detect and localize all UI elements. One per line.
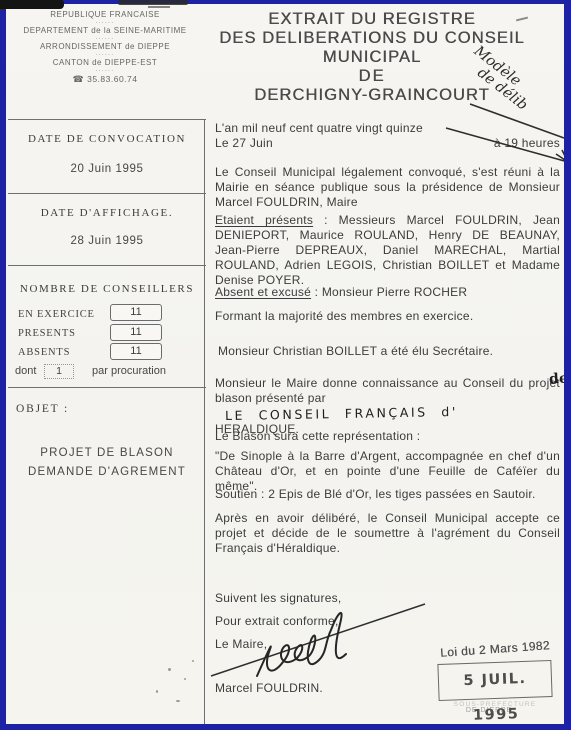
letterhead: REPUBLIQUE FRANCAISE ...... DEPARTEMENT … — [12, 10, 198, 85]
procuration-label: par procuration — [92, 365, 166, 377]
maire-line-2-wrap: blason présenté par LE CONSEIL FRANÇAIS … — [215, 391, 560, 422]
letterhead-separator: ...... — [12, 67, 198, 74]
stamp-date-box: 5 JUIL. 1995 — [437, 660, 552, 701]
letterhead-separator: ...... — [12, 51, 198, 58]
letterhead-separator: ...... — [12, 35, 198, 42]
scan-border-left — [0, 0, 6, 730]
paragraph-presents: Etaient présents : Messieurs Marcel FOUL… — [215, 213, 560, 288]
paragraph-secretaire: Monsieur Christian BOILLET a été élu Sec… — [218, 344, 563, 359]
objet-line-2: DEMANDE D'AGREMENT — [8, 466, 206, 478]
phone-icon: ☎ — [73, 75, 85, 85]
maire-line-2: blason présenté par — [215, 391, 326, 405]
phone-number: 35.83.60.74 — [87, 74, 137, 84]
objet-line-1: PROJET DE BLASON — [8, 447, 206, 459]
absent-label: Absent et excusé — [215, 285, 311, 299]
letterhead-separator: ...... — [12, 19, 198, 26]
en-exercice-count-box: 11 — [110, 304, 162, 321]
presents-label: Etaient présents — [215, 213, 313, 227]
convocation-label: DATE DE CONVOCATION — [8, 133, 206, 145]
paragraph-blason-intro: Le Blason sura cette représentation : — [215, 429, 560, 444]
presents-count-box: 11 — [110, 324, 162, 341]
sidebar-rule — [8, 119, 206, 120]
scan-noise — [156, 690, 158, 693]
sidebar-rule — [8, 265, 206, 266]
procuration-count-box: 1 — [44, 364, 74, 379]
absents-count-label: ABSENTS — [18, 347, 70, 358]
paragraph-deliberation: Après en avoir délibéré, le Conseil Muni… — [215, 511, 560, 556]
letterhead-canton: CANTON de DIEPPE-EST — [12, 58, 198, 67]
affichage-label: DATE D'AFFICHAGE. — [8, 207, 206, 219]
scan-noise — [148, 6, 170, 8]
handwritten-conseil-francais: LE CONSEIL FRANÇAIS d' — [225, 404, 458, 423]
sidebar-rule — [8, 387, 206, 388]
absent-text: : Monsieur Pierre ROCHER — [311, 285, 467, 299]
day-line: Le 27 Juin — [215, 136, 273, 151]
absents-count-box: 11 — [110, 343, 162, 360]
scan-border-top — [0, 0, 571, 4]
presents-count-label: PRESENTS — [18, 328, 76, 339]
convocation-date: 20 Juin 1995 — [8, 163, 206, 175]
dont-label: dont — [15, 365, 36, 377]
scan-noise — [118, 0, 188, 5]
letterhead-departement: DEPARTEMENT de la SEINE-MARITIME — [12, 26, 198, 35]
scanned-deliberation-document: REPUBLIQUE FRANCAISE ...... DEPARTEMENT … — [0, 0, 571, 730]
prefecture-stamp: Loi du 2 Mars 1982 5 JUIL. 1995 SOUS-PRE… — [424, 640, 566, 720]
paragraph-absent: Absent et excusé : Monsieur Pierre ROCHE… — [215, 285, 560, 300]
stamp-footer-de-dieppe: DE DIEPPE — [418, 707, 560, 714]
letterhead-republique: REPUBLIQUE FRANCAISE — [12, 10, 198, 19]
stamp-law-line: Loi du 2 Mars 1982 — [424, 637, 567, 661]
paragraph-soutien: Soutien : 2 Epis de Blé d'Or, les tiges … — [215, 487, 560, 502]
title-line-1: EXTRAIT DU REGISTRE — [186, 10, 558, 29]
sidebar-rule — [8, 193, 206, 194]
scan-noise — [0, 0, 64, 9]
paragraph-blason-projet: Monsieur le Maire donne connaissance au … — [215, 376, 560, 437]
letterhead-arrondissement: ARRONDISSEMENT de DIEPPE — [12, 42, 198, 51]
scan-noise — [192, 660, 194, 662]
maire-line-1: Monsieur le Maire donne connaissance au … — [215, 376, 560, 390]
maire-line-1-wrap: Monsieur le Maire donne connaissance au … — [215, 376, 560, 391]
scan-noise — [184, 678, 186, 680]
objet-label: OBJET : — [16, 403, 69, 415]
conseillers-label: NOMBRE DE CONSEILLERS — [8, 283, 206, 295]
stamp-date: 5 JUIL. 1995 — [438, 661, 551, 700]
paragraph-majorite: Formant la majorité des membres en exerc… — [215, 309, 560, 324]
scan-border-bottom — [0, 724, 571, 730]
en-exercice-label: EN EXERCICE — [18, 309, 95, 320]
scan-border-right — [564, 0, 571, 730]
scan-noise — [168, 668, 171, 671]
letterhead-phone: ☎ 35.83.60.74 — [12, 75, 198, 85]
affichage-date: 28 Juin 1995 — [8, 235, 206, 247]
mayor-signature — [205, 596, 430, 694]
annotation-strokes — [440, 92, 571, 172]
scan-noise — [176, 700, 180, 702]
